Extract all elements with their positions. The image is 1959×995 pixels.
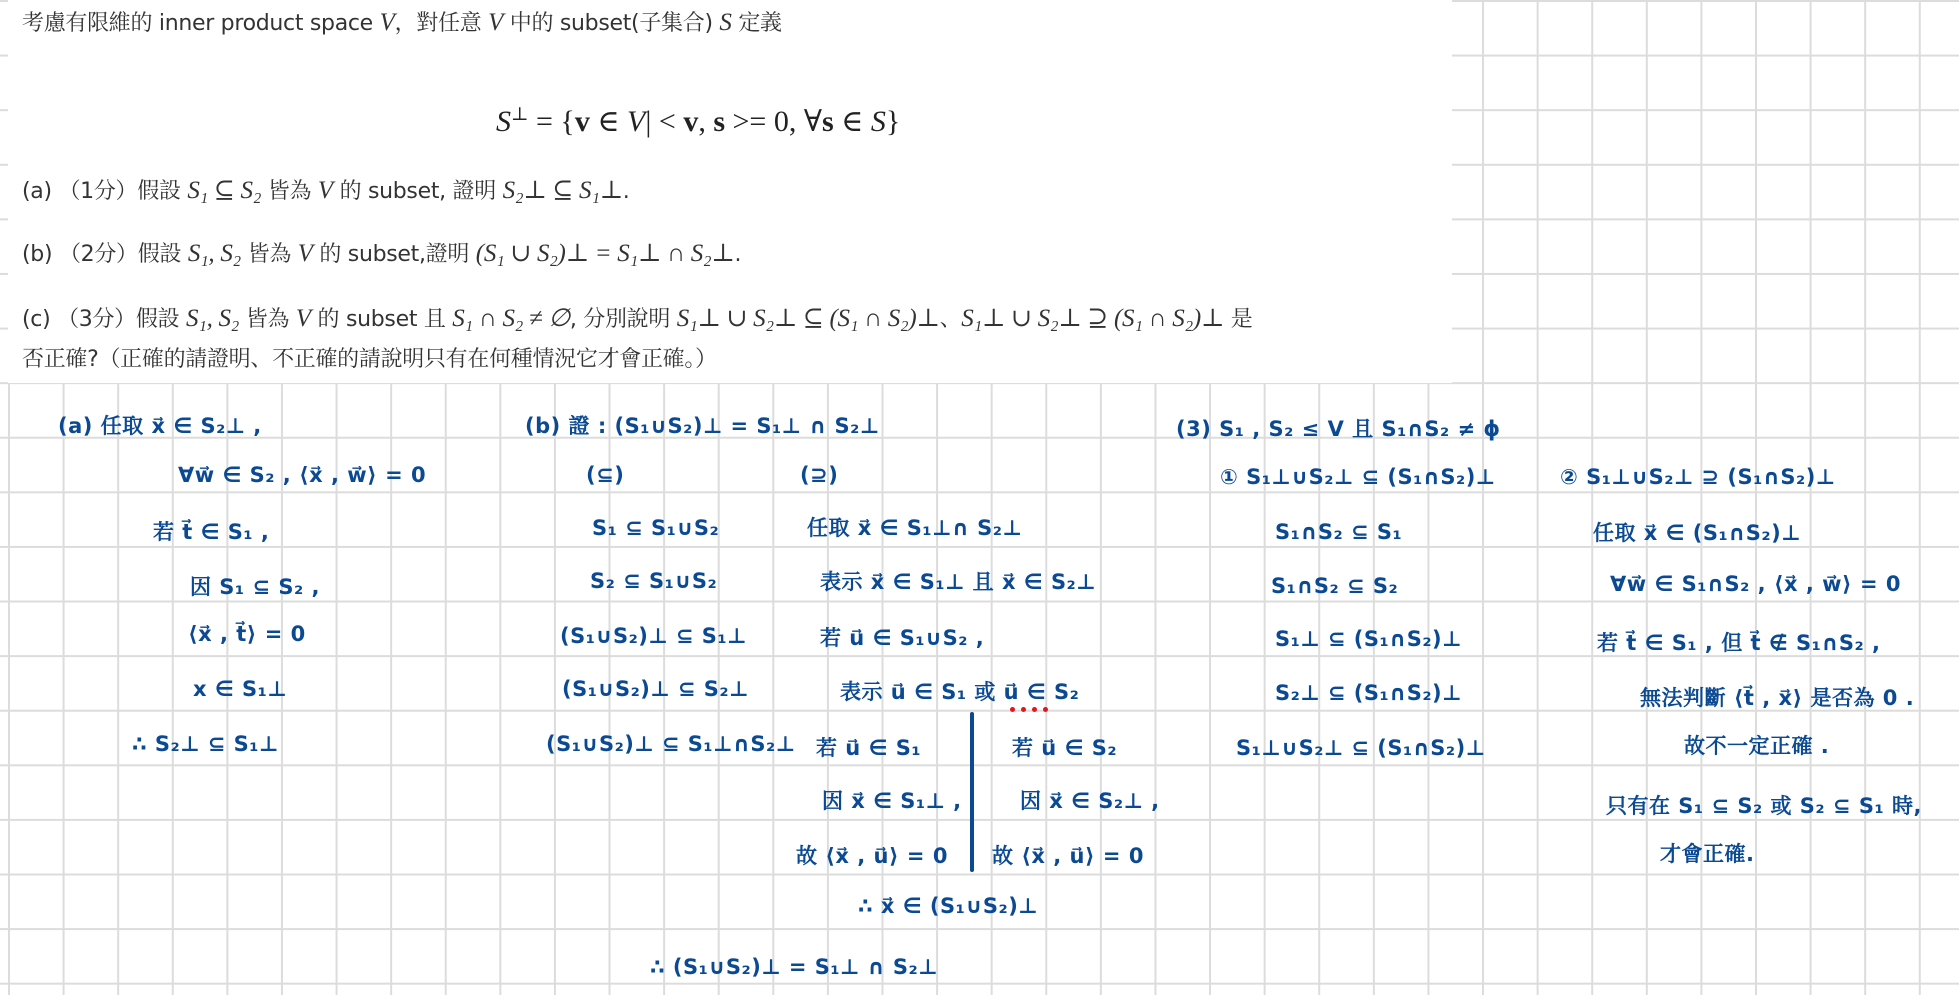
hw-b-right-line: 表示 x⃗ ∈ S₁⊥ 且 x⃗ ∈ S₂⊥ (820, 566, 1096, 596)
text: 的 subset,證明 (313, 242, 476, 267)
math: S₁⊥ ∪ S₂⊥ ⊇ (S₁ ∩ S₂)⊥ (961, 305, 1224, 332)
intro-part: 定義 (732, 11, 782, 36)
intro-part: ，對任意 (395, 11, 489, 36)
hw-c-part2-line: 任取 x⃗ ∈ (S₁∩S₂)⊥ (1593, 517, 1801, 547)
text: , 分別說明 (570, 307, 677, 332)
text: 是 (1224, 307, 1252, 332)
hw-b-left-line: (S₁∪S₂)⊥ ⊆ S₂⊥ (562, 677, 749, 701)
hw-b-case1-line: 故 ⟨x⃗ , u⃗⟩ = 0 (796, 840, 948, 870)
math: (S₁ ∪ S₂)⊥ = S₁⊥ ∩ S₂⊥ (476, 240, 735, 267)
hw-b-therefore-1: ∴ x⃗ ∈ (S₁∪S₂)⊥ (858, 894, 1038, 918)
text: . (735, 242, 742, 267)
math-eq: = { (529, 105, 575, 138)
part-b-question: (b) （2分）假設 S₁, S₂ 皆為 V 的 subset,證明 (S₁ ∪… (22, 237, 741, 268)
text: 假設 (136, 307, 186, 332)
red-dot (1032, 707, 1037, 712)
hw-b-case2-line: 若 u⃗ ∈ S₂ (1012, 732, 1117, 762)
math-in: ∈ (834, 105, 871, 138)
hw-a-line: ∴ S₂⊥ ⊆ S₁⊥ (132, 732, 279, 756)
math: S₁⊥ ∪ S₂⊥ ⊆ (S₁ ∩ S₂)⊥ (677, 305, 940, 332)
hw-b-left-line: S₂ ⊆ S₁∪S₂ (590, 569, 717, 593)
math: S₁, S₂ (188, 240, 241, 267)
red-dot (1043, 707, 1048, 712)
hw-b-therefore-2: ∴ (S₁∪S₂)⊥ = S₁⊥ ∩ S₂⊥ (650, 955, 938, 979)
math: S₁, S₂ (186, 305, 239, 332)
points-badge: （2分） (59, 242, 138, 267)
math-in: ∈ (590, 105, 627, 138)
math: S₁ ⊆ S₂ (187, 177, 261, 204)
text: 皆為 (261, 179, 318, 204)
hw-b-left-line: (S₁∪S₂)⊥ ⊆ S₁⊥∩S₂⊥ (546, 732, 795, 756)
hw-b-case2-line: 因 x⃗ ∈ S₂⊥ , (1020, 785, 1160, 815)
text: 皆為 (239, 307, 296, 332)
math-var: S (719, 9, 731, 36)
intro-part: 中的 subset(子集合) (503, 11, 719, 36)
math-v: v (683, 105, 698, 138)
hw-a-line: 因 S₁ ⊆ S₂ , (190, 571, 320, 601)
text: 的 subset 且 (311, 307, 452, 332)
hw-b-case1-line: 若 u⃗ ∈ S₁ (816, 732, 921, 762)
hw-b-left-title: (⊆) (586, 463, 624, 487)
math-V: V (627, 105, 645, 138)
hw-b-right-line: 任取 x⃗ ∈ S₁⊥∩ S₂⊥ (807, 512, 1022, 542)
part-label: (a) (22, 179, 52, 204)
text: 假設 (138, 242, 188, 267)
hw-a-line: 若 t⃗ ∈ S₁ , (153, 516, 269, 546)
text: 假設 (137, 179, 187, 204)
red-dot (1021, 707, 1026, 712)
hw-a-line: ∀w⃗ ∈ S₂ , ⟨x⃗ , w⃗⟩ = 0 (178, 463, 426, 487)
hw-c-part1-line: S₁⊥∪S₂⊥ ⊆ (S₁∩S₂)⊥ (1236, 736, 1485, 760)
hw-c-part2-line: ∀w⃗ ∈ S₁∩S₂ , ⟨x⃗ , w⃗⟩ = 0 (1610, 572, 1901, 596)
hw-c-part1-line: S₁∩S₂ ⊆ S₁ (1275, 520, 1402, 544)
math-bar: | < (645, 105, 683, 138)
hw-c-part2-line: 只有在 S₁ ⊆ S₂ 或 S₂ ⊆ S₁ 時, (1606, 790, 1922, 820)
math-perp: ⊥ (511, 104, 529, 125)
hw-b-left-line: (S₁∪S₂)⊥ ⊆ S₁⊥ (560, 624, 747, 648)
math: S₂⊥ ⊆ S₁⊥ (503, 177, 623, 204)
hw-c-part2-line: 若 t⃗ ∈ S₁ , 但 t⃗ ∉ S₁∩S₂ , (1597, 627, 1881, 657)
math-var: V (488, 9, 503, 36)
math-close: } (886, 105, 900, 138)
hw-a-line: ⟨x⃗ , t⃗⟩ = 0 (188, 622, 306, 646)
hw-c-part2-line: 無法判斷 ⟨t⃗ , x⃗⟩ 是否為 0 . (1640, 682, 1914, 712)
math-S: S (871, 105, 886, 138)
hw-c-part1-title: ① S₁⊥∪S₂⊥ ⊆ (S₁∩S₂)⊥ (1220, 465, 1495, 489)
part-c-question: (c) （3分）假設 S₁, S₂ 皆為 V 的 subset 且 S₁ ∩ S… (22, 302, 1253, 333)
hw-b-case2-line: 故 ⟨x⃗ , u⃗⟩ = 0 (992, 840, 1144, 870)
red-emphasis-dots (1010, 707, 1048, 712)
math-rest: >= 0, ∀ (725, 105, 822, 138)
definition-formula: S⊥ = {v ∈ V| < v, s >= 0, ∀s ∈ S} (496, 104, 900, 139)
hw-c-part2-title: ② S₁⊥∪S₂⊥ ⊇ (S₁∩S₂)⊥ (1560, 465, 1835, 489)
hw-c-part2-line: 故不一定正確 . (1684, 730, 1829, 760)
hw-b-case1-line: 因 x⃗ ∈ S₁⊥ , (822, 785, 962, 815)
text: 的 subset, 證明 (333, 179, 503, 204)
hw-c-part2-line: 才會正確. (1660, 838, 1754, 868)
math-S: S (496, 105, 511, 138)
text: 皆為 (241, 242, 298, 267)
math: S₁ ∩ S₂ ≠ ∅ (452, 305, 570, 332)
part-c-question-line2: 否正確?（正確的請證明、不正確的請說明只有在何種情況它才會正確。） (22, 342, 717, 373)
hw-b-right-line: 若 u⃗ ∈ S₁∪S₂ , (820, 622, 984, 652)
hw-c-part1-line: S₁∩S₂ ⊆ S₂ (1271, 574, 1398, 598)
math-var: V (380, 9, 395, 36)
hw-b-right-title: (⊇) (800, 463, 838, 487)
hw-a-line: (a) 任取 x⃗ ∈ S₂⊥ , (58, 410, 262, 440)
hw-c-part1-line: S₂⊥ ⊆ (S₁∩S₂)⊥ (1275, 681, 1462, 705)
intro-text: 考慮有限維的 inner product space V，對任意 V 中的 su… (22, 6, 782, 37)
math-v: v (575, 105, 590, 138)
hw-c-part1-line: S₁⊥ ⊆ (S₁∩S₂)⊥ (1275, 627, 1462, 651)
math-comma: , (698, 105, 713, 138)
intro-part: 考慮有限維的 inner product space (22, 11, 380, 36)
points-badge: （3分） (57, 307, 136, 332)
red-dot (1010, 707, 1015, 712)
math: V (298, 240, 313, 267)
text: 、 (940, 307, 962, 332)
hw-b-left-line: S₁ ⊆ S₁∪S₂ (592, 516, 719, 540)
part-label: (c) (22, 307, 50, 332)
part-a-question: (a) （1分）假設 S₁ ⊆ S₂ 皆為 V 的 subset, 證明 S₂⊥… (22, 174, 630, 205)
text: . (623, 179, 630, 204)
math-s: s (713, 105, 725, 138)
hw-c-header: (3) S₁ , S₂ ≤ V 且 S₁∩S₂ ≠ ϕ (1176, 413, 1501, 443)
hw-b-header: (b) 證 : (S₁∪S₂)⊥ = S₁⊥ ∩ S₂⊥ (525, 410, 880, 440)
part-label: (b) (22, 242, 52, 267)
math: V (318, 177, 333, 204)
case-divider-line (970, 712, 974, 872)
math-s: s (822, 105, 834, 138)
math: V (296, 305, 311, 332)
hw-a-line: x ∈ S₁⊥ (193, 677, 287, 701)
points-badge: （1分） (58, 179, 137, 204)
hw-b-right-line: 表示 u⃗ ∈ S₁ 或 u⃗ ∈ S₂ (840, 676, 1079, 706)
